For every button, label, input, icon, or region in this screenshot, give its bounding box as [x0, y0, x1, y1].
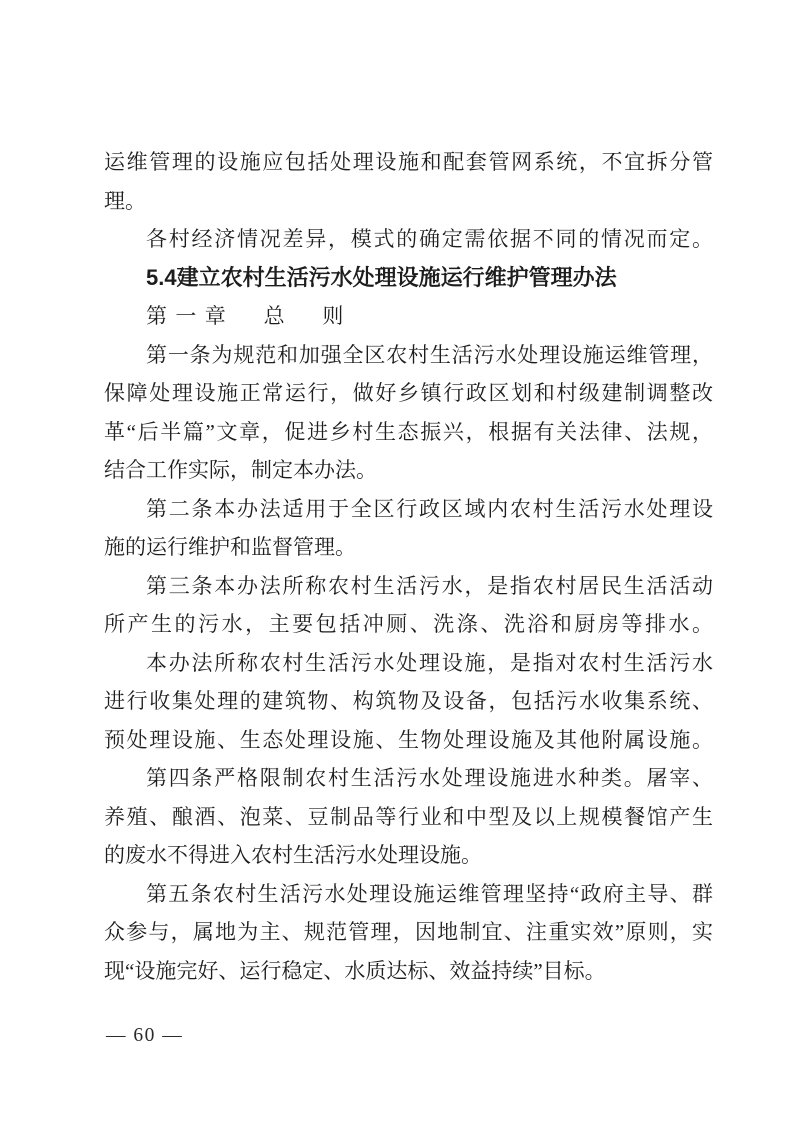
- document-line: 革“后半篇”文章，促进乡村生态振兴，根据有关法律、法规，: [104, 413, 713, 452]
- document-line: 第三条本办法所称农村生活污水，是指农村居民生活活动: [104, 567, 713, 606]
- document-page: 运维管理的设施应包括处理设施和配套管网系统，不宜拆分管 理。 各村经济情况差异，…: [0, 0, 793, 1122]
- document-line: 第五条农村生活污水处理设施运维管理坚持“政府主导、群: [104, 875, 713, 914]
- document-line: 进行收集处理的建筑物、构筑物及设备，包括污水收集系统、: [104, 682, 713, 721]
- document-line: 运维管理的设施应包括处理设施和配套管网系统，不宜拆分管: [104, 143, 713, 182]
- document-line: 众参与，属地为主、规范管理，因地制宜、注重实效”原则，实: [104, 913, 713, 952]
- document-line: 所产生的污水，主要包括冲厕、洗涤、洗浴和厨房等排水。: [104, 605, 713, 644]
- page-number: — 60 —: [106, 1022, 183, 1050]
- section-heading: 5.4建立农村生活污水处理设施运行维护管理办法: [104, 259, 713, 298]
- document-line: 预处理设施、生态处理设施、生物处理设施及其他附属设施。: [104, 721, 713, 760]
- document-line: 的废水不得进入农村生活污水处理设施。: [104, 836, 713, 875]
- document-line: 第一条为规范和加强全区农村生活污水处理设施运维管理，: [104, 336, 713, 375]
- document-line: 第四条严格限制农村生活污水处理设施进水种类。屠宰、: [104, 759, 713, 798]
- document-body: 运维管理的设施应包括处理设施和配套管网系统，不宜拆分管 理。 各村经济情况差异，…: [104, 143, 713, 990]
- document-line: 保障处理设施正常运行，做好乡镇行政区划和村级建制调整改: [104, 374, 713, 413]
- document-line: 养殖、酿酒、泡菜、豆制品等行业和中型及以上规模餐馆产生: [104, 798, 713, 837]
- document-line: 施的运行维护和监督管理。: [104, 528, 713, 567]
- document-line: 本办法所称农村生活污水处理设施，是指对农村生活污水: [104, 644, 713, 683]
- document-line: 结合工作实际，制定本办法。: [104, 451, 713, 490]
- document-line: 理。: [104, 182, 713, 221]
- document-line: 各村经济情况差异，模式的确定需依据不同的情况而定。: [104, 220, 713, 259]
- chapter-heading: 第一章 总 则: [104, 297, 713, 336]
- document-line: 第二条本办法适用于全区行政区域内农村生活污水处理设: [104, 490, 713, 529]
- document-line: 现“设施完好、运行稳定、水质达标、效益持续”目标。: [104, 952, 713, 991]
